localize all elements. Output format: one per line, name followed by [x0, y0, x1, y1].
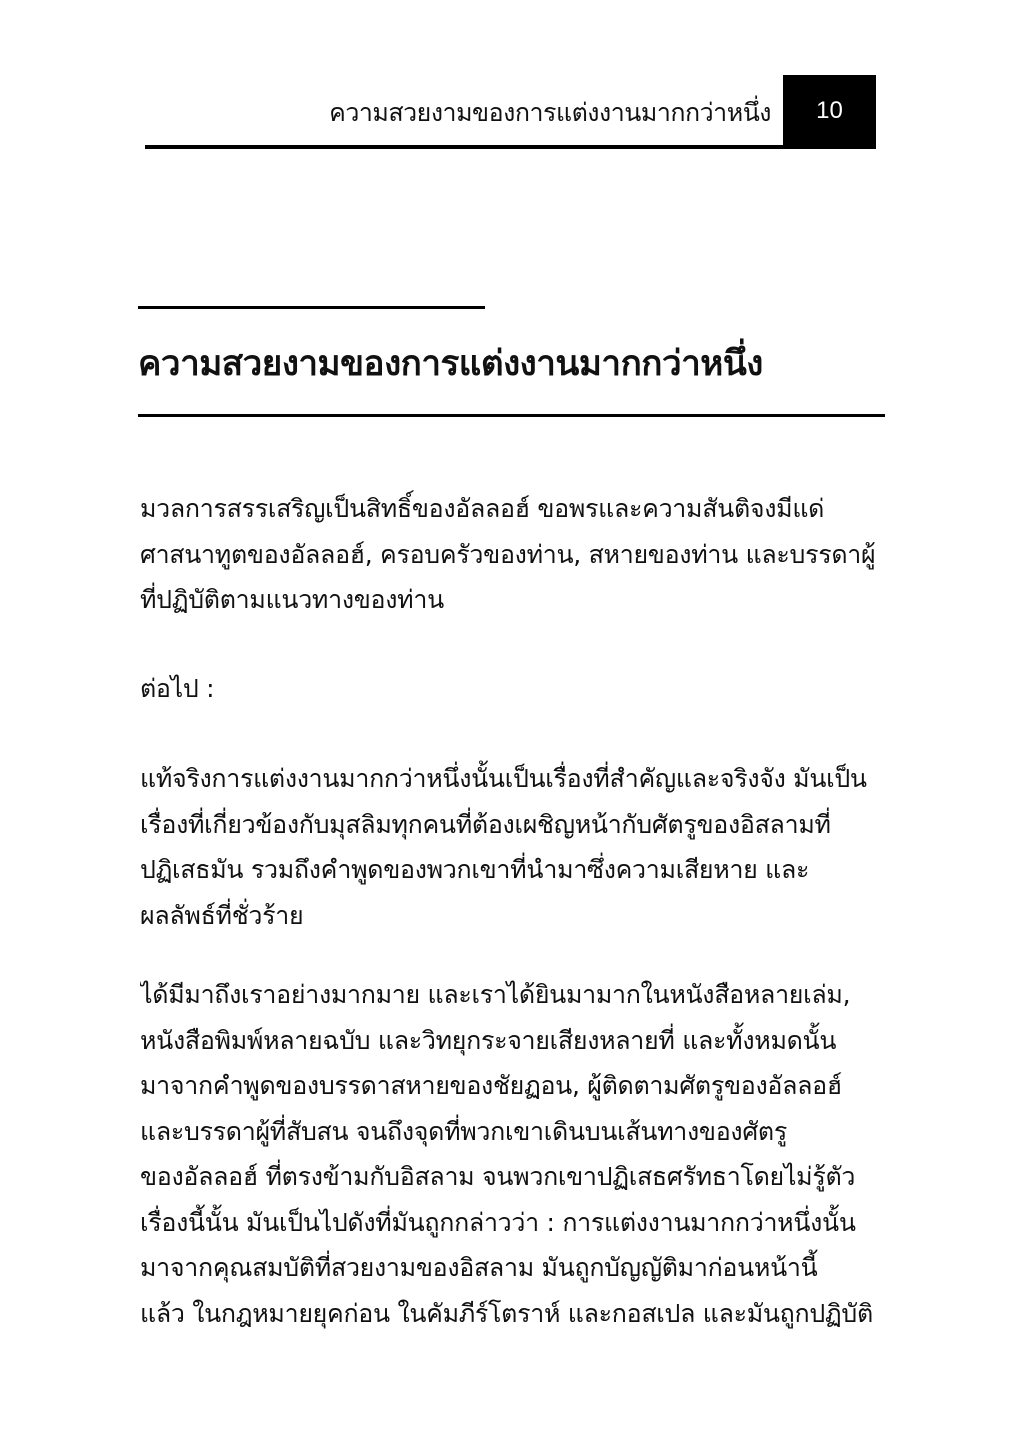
text-line: ผลลัพธ์ที่ชั่วร้าย: [140, 893, 886, 939]
text-line: และบรรดาผู้ที่สับสน จนถึงจุดที่พวกเขาเดิ…: [140, 1109, 886, 1155]
running-header: ความสวยงามของการแต่งงานมากกว่าหนึ่ง 10: [145, 75, 876, 149]
paragraph-history: ได้มีมาถึงเราอย่างมากมาย และเราได้ยินมาม…: [140, 972, 886, 1336]
paragraph-opening-praise: มวลการสรรเสริญเป็นสิทธิ์ของอัลลอฮ์ ขอพรแ…: [140, 486, 886, 623]
text-line: ของอัลลอฮ์ ที่ตรงข้ามกับอิสลาม จนพวกเขาป…: [140, 1154, 886, 1200]
text-line: เรื่องนี้นั้น มันเป็นไปดังที่มันถูกกล่าว…: [140, 1200, 886, 1246]
text-line: เรื่องที่เกี่ยวข้องกับมุสลิมทุกคนที่ต้อง…: [140, 802, 886, 848]
chapter-title: ความสวยงามของการแต่งงานมากกว่าหนึ่ง: [138, 336, 763, 391]
title-top-rule: [138, 306, 485, 309]
text-line: มาจากคุณสมบัติที่สวยงามของอิสลาม มันถูกบ…: [140, 1245, 886, 1291]
text-line: มาจากคำพูดของบรรดาสหายของชัยฏอน, ผู้ติดต…: [140, 1063, 886, 1109]
text-line: ต่อไป :: [140, 666, 886, 712]
text-line: มวลการสรรเสริญเป็นสิทธิ์ของอัลลอฮ์ ขอพรแ…: [140, 486, 886, 532]
text-line: ที่ปฏิบัติตามแนวทางของท่าน: [140, 577, 886, 623]
text-line: หนังสือพิมพ์หลายฉบับ และวิทยุกระจายเสียง…: [140, 1018, 886, 1064]
page-number: 10: [783, 97, 876, 125]
text-line: แล้ว ในกฎหมายยุคก่อน ในคัมภีร์โตราห์ และ…: [140, 1291, 886, 1337]
title-bottom-rule: [138, 414, 885, 417]
text-line: แท้จริงการแต่งงานมากกว่าหนึ่งนั้นเป็นเรื…: [140, 756, 886, 802]
text-line: ศาสนาทูตของอัลลอฮ์, ครอบครัวของท่าน, สหา…: [140, 532, 886, 578]
paragraph-transition: ต่อไป :: [140, 666, 886, 712]
running-title: ความสวยงามของการแต่งงานมากกว่าหนึ่ง: [329, 93, 771, 133]
header-rule: [145, 145, 876, 149]
text-line: ได้มีมาถึงเราอย่างมากมาย และเราได้ยินมาม…: [140, 972, 886, 1018]
text-line: ปฏิเสธมัน รวมถึงคำพูดของพวกเขาที่นำมาซึ่…: [140, 847, 886, 893]
paragraph-importance: แท้จริงการแต่งงานมากกว่าหนึ่งนั้นเป็นเรื…: [140, 756, 886, 938]
page-number-box: 10: [783, 75, 876, 148]
